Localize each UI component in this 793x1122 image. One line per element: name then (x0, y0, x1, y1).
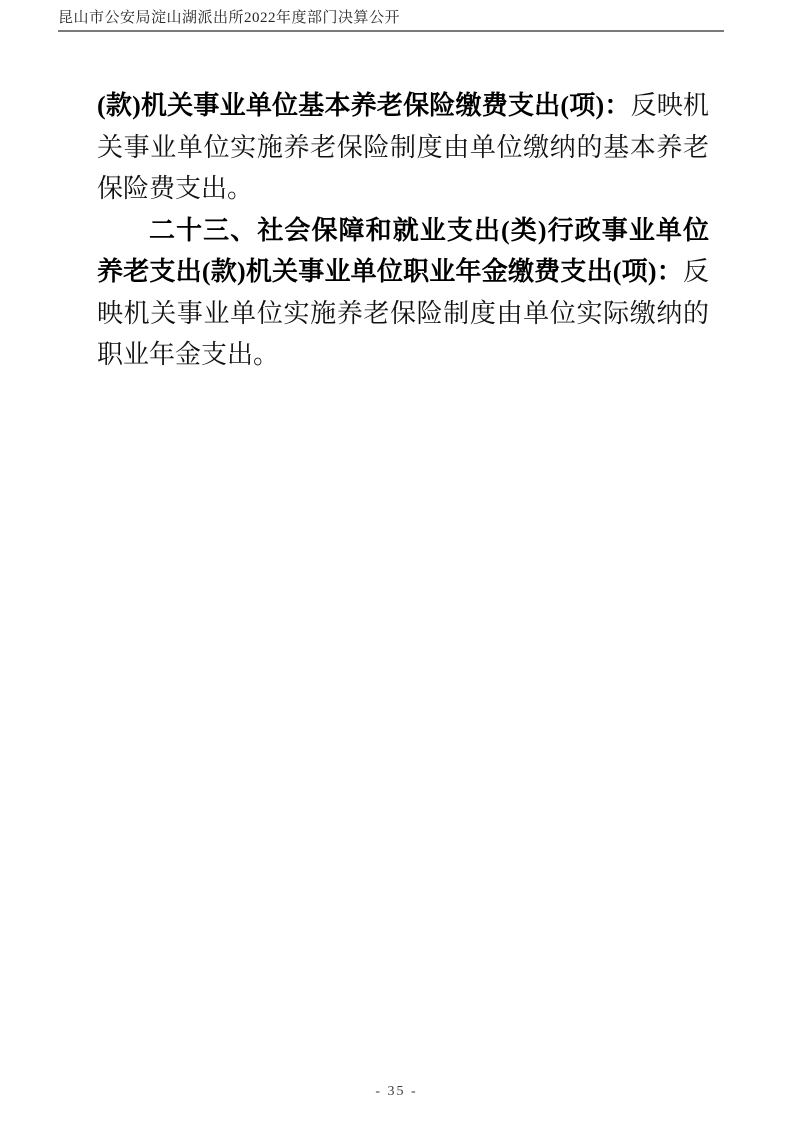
page-header: 昆山市公安局淀山湖派出所2022年度部门决算公开 (58, 8, 724, 32)
paragraph-bold-lead: (款)机关事业单位基本养老保险缴费支出(项)： (97, 91, 631, 120)
header-title: 昆山市公安局淀山湖派出所2022年度部门决算公开 (58, 8, 724, 28)
paragraph-continuation: (款)机关事业单位基本养老保险缴费支出(项)：反映机关事业单位实施养老保险制度由… (97, 85, 709, 210)
paragraph-bold-lead: 二十三、社会保障和就业支出(类)行政事业单位养老支出(款)机关事业单位职业年金缴… (97, 216, 709, 287)
page-footer: - 35 - (0, 1082, 793, 1101)
document-page: 昆山市公安局淀山湖派出所2022年度部门决算公开 (款)机关事业单位基本养老保险… (0, 0, 793, 1122)
header-rule (58, 30, 724, 32)
paragraph-section-23: 二十三、社会保障和就业支出(类)行政事业单位养老支出(款)机关事业单位职业年金缴… (97, 210, 709, 376)
page-number: - 35 - (375, 1084, 417, 1099)
document-body: (款)机关事业单位基本养老保险缴费支出(项)：反映机关事业单位实施养老保险制度由… (97, 85, 709, 376)
